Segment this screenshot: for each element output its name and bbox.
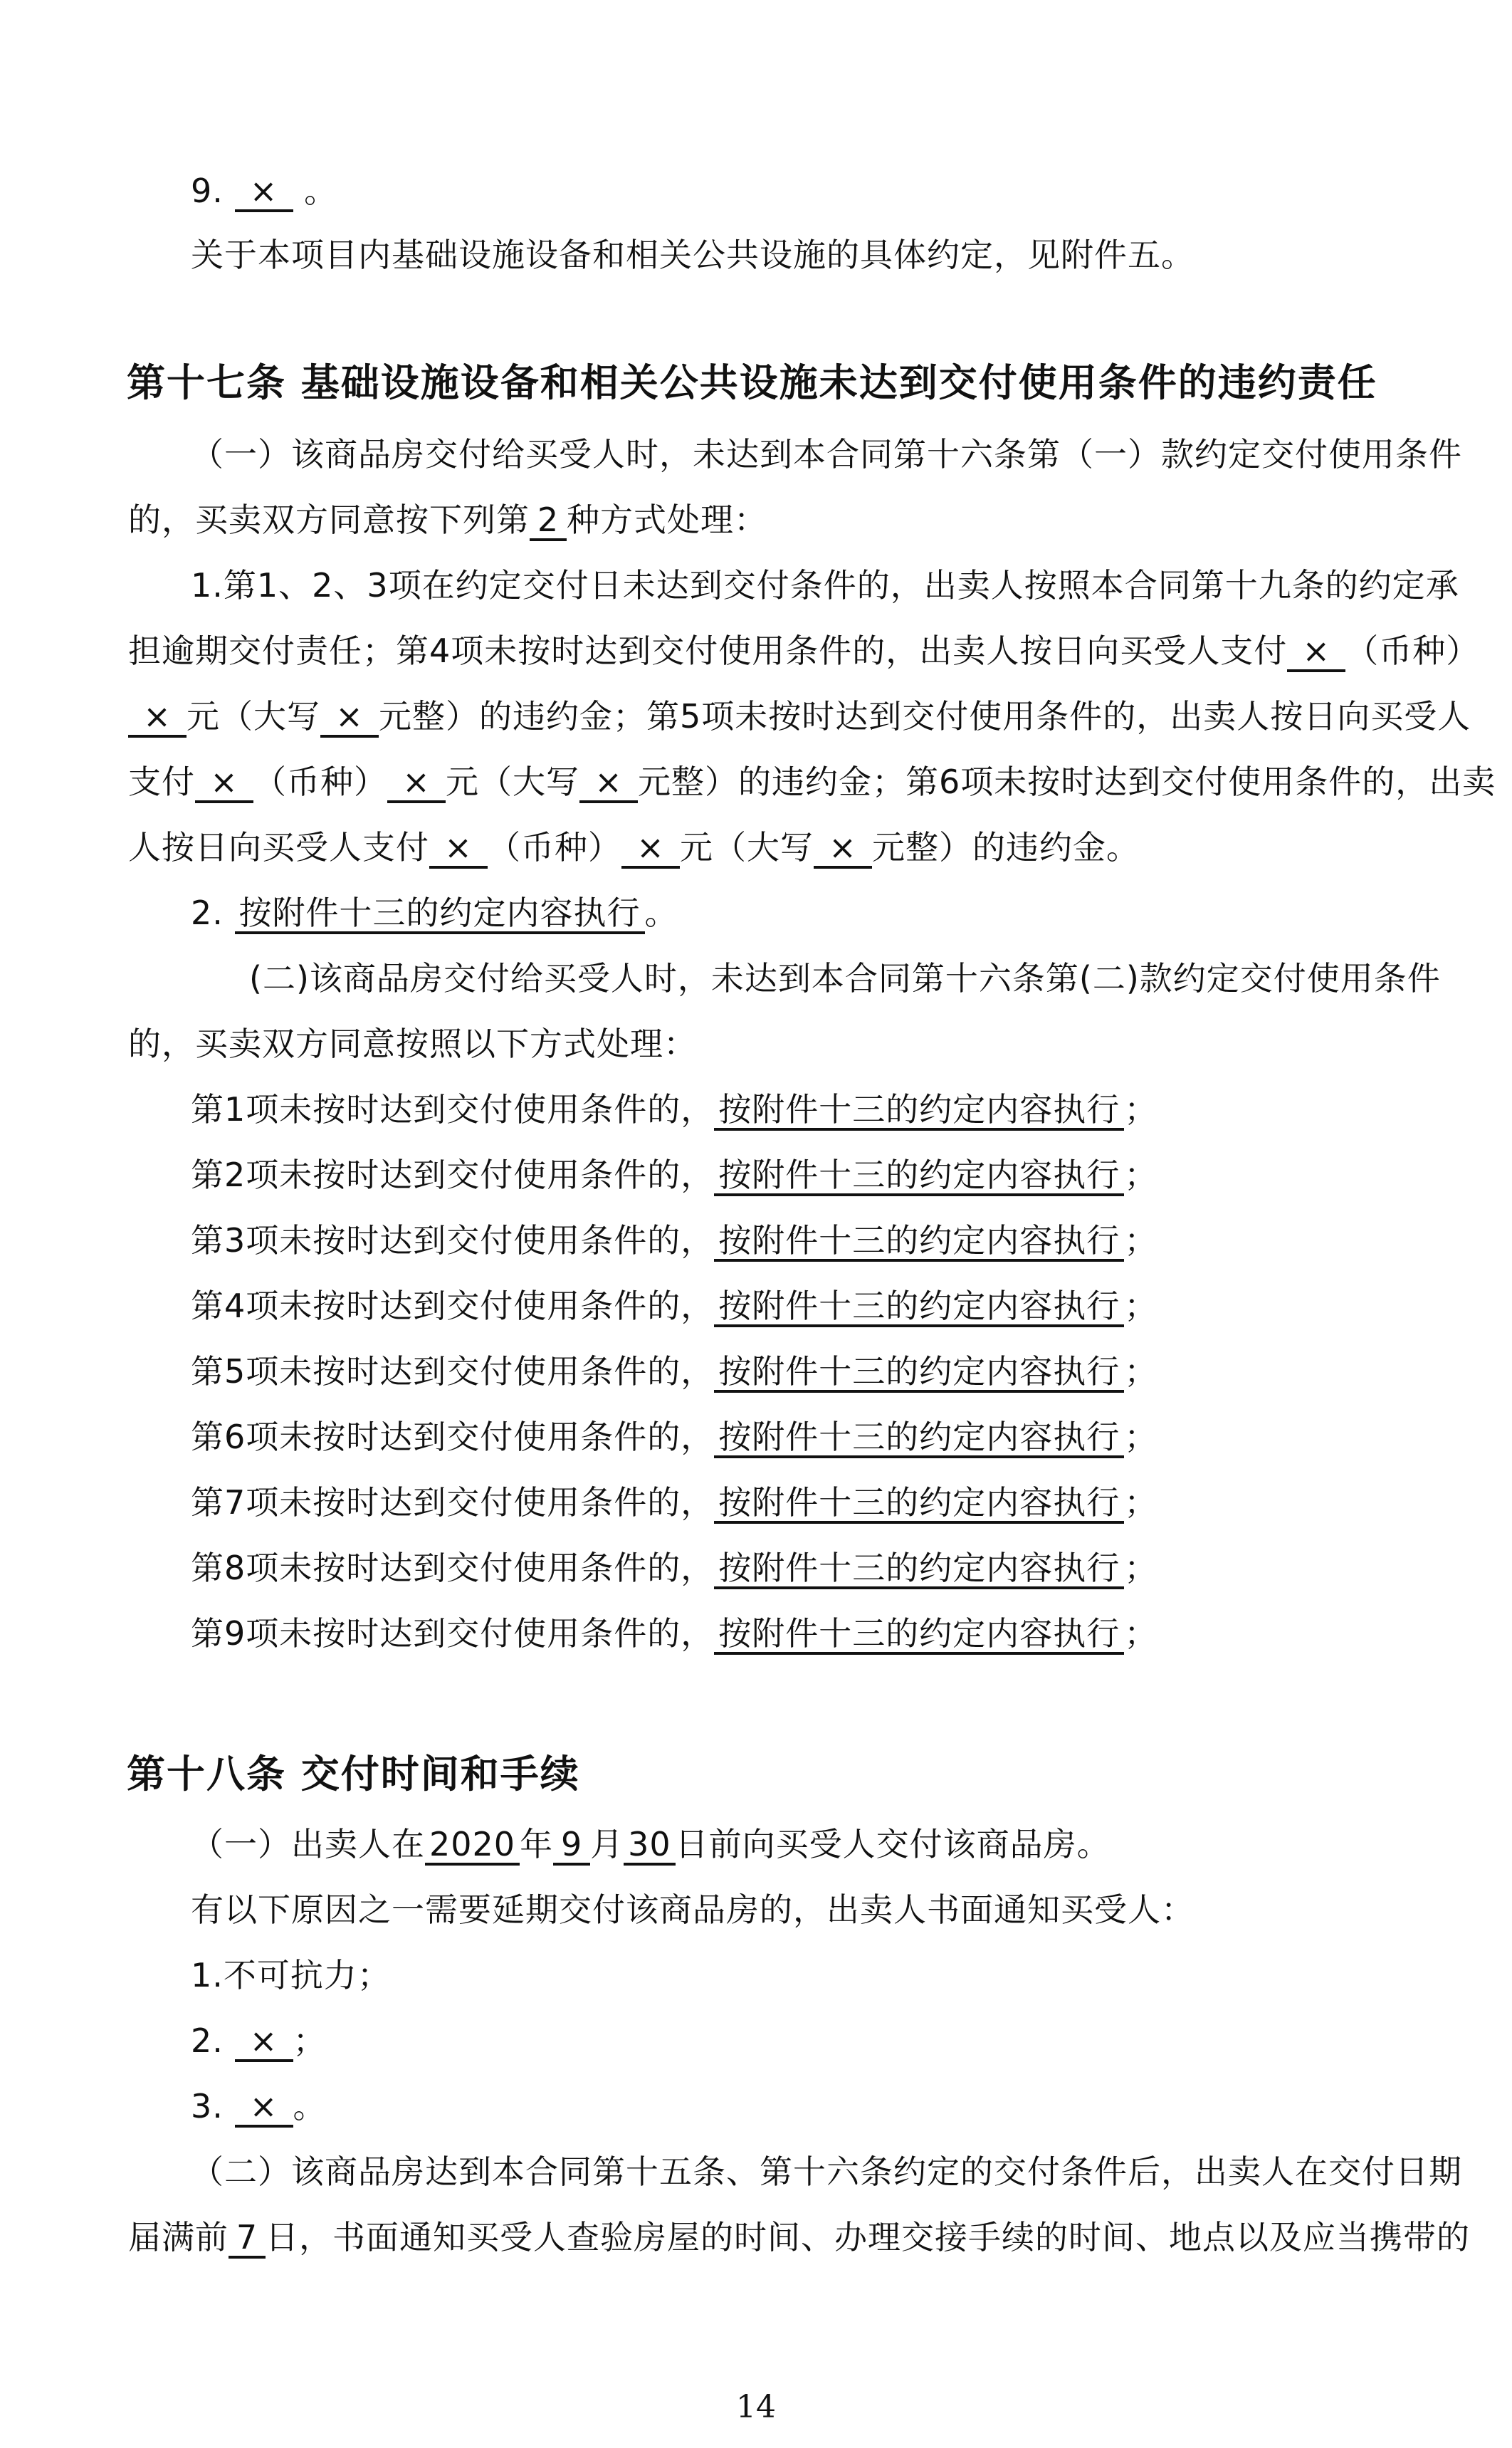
text: 届满前 — [128, 2218, 229, 2256]
day-field: 30 — [624, 1826, 676, 1866]
article-18-title: 第十八条 交付时间和手续 — [127, 1753, 580, 1796]
blank-field: × — [429, 829, 488, 869]
a17-item-row: 第3项未按时达到交付使用条件的，按附件十三的约定内容执行； — [191, 1219, 1157, 1262]
blank-field: 按附件十三的约定内容执行 — [714, 1353, 1124, 1393]
a17-item-row: 第2项未按时达到交付使用条件的，按附件十三的约定内容执行； — [191, 1154, 1157, 1196]
a17-item-row: 第6项未按时达到交付使用条件的，按附件十三的约定内容执行； — [191, 1416, 1157, 1458]
text: 元整）的违约金；第5项未按时达到交付使用条件的，出卖人按日向买受人 — [379, 697, 1471, 736]
blank-field: 按附件十三的约定内容执行 — [714, 1418, 1124, 1458]
blank-field: 按附件十三的约定内容执行 — [714, 1484, 1124, 1524]
item-label: 第2项未按时达到交付使用条件的， — [191, 1156, 714, 1194]
text: 的，买卖双方同意按下列第 — [128, 501, 530, 539]
text: 元（大写 — [680, 828, 814, 867]
text: 支付 — [128, 763, 195, 801]
a17-item-row: 第1项未按时达到交付使用条件的，按附件十三的约定内容执行； — [191, 1088, 1157, 1131]
a18-p1-line: （一）出卖人在2020年9月30日前向买受人交付该商品房。 — [191, 1823, 1111, 1866]
a18-reason-2: 2. ×； — [191, 2019, 327, 2062]
item-label: 第4项未按时达到交付使用条件的， — [191, 1287, 714, 1325]
contract-page: 9. × 。 关于本项目内基础设施设备和相关公共设施的具体约定，见附件五。 第十… — [0, 0, 1512, 2448]
punctuation: ； — [1124, 1221, 1157, 1260]
a17-opt1-line5: 人按日向买受人支付×（币种）×元（大写×元整）的违约金。 — [128, 826, 1140, 869]
a17-opt1-line4: 支付×（币种）×元（大写×元整）的违约金；第6项未按时达到交付使用条件的，出卖 — [128, 760, 1496, 803]
blank-field: × — [128, 698, 187, 738]
item-label: 第3项未按时达到交付使用条件的， — [191, 1221, 714, 1260]
text: 年 — [520, 1825, 553, 1863]
text: （币种） — [253, 763, 387, 801]
item-label: 第1项未按时达到交付使用条件的， — [191, 1090, 714, 1129]
punctuation: 。 — [304, 172, 337, 210]
appendix-note: 关于本项目内基础设施设备和相关公共设施的具体约定，见附件五。 — [191, 234, 1195, 276]
a17-p1-line1: （一）该商品房交付给买受人时，未达到本合同第十六条第（一）款约定交付使用条件 — [191, 433, 1462, 476]
item-number: 2. — [191, 894, 224, 932]
blank-field: 按附件十三的约定内容执行 — [714, 1222, 1124, 1262]
blank-field: × — [235, 2022, 293, 2062]
blank-field: 按附件十三的约定内容执行 — [714, 1549, 1124, 1589]
text: 不可抗力； — [224, 1956, 391, 1994]
item-label: 第5项未按时达到交付使用条件的， — [191, 1352, 714, 1391]
blank-field: 按附件十三的约定内容执行 — [235, 894, 645, 934]
a17-item-row: 第8项未按时达到交付使用条件的，按附件十三的约定内容执行； — [191, 1547, 1157, 1589]
blank-field: 按附件十三的约定内容执行 — [714, 1287, 1124, 1327]
blank-field: 2 — [530, 501, 567, 541]
blank-field: × — [235, 2088, 293, 2128]
item-label: 第6项未按时达到交付使用条件的， — [191, 1418, 714, 1456]
a17-p1-line2: 的，买卖双方同意按下列第2种方式处理： — [128, 498, 767, 541]
text: 日，书面通知买受人查验房屋的时间、办理交接手续的时间、地点以及应当携带的 — [266, 2218, 1470, 2256]
punctuation: ； — [1124, 1287, 1157, 1325]
a17-item-row: 第4项未按时达到交付使用条件的，按附件十三的约定内容执行； — [191, 1285, 1157, 1327]
punctuation: ； — [1124, 1156, 1157, 1194]
a18-delay-intro: 有以下原因之一需要延期交付该商品房的，出卖人书面通知买受人： — [191, 1888, 1195, 1931]
text: 元（大写 — [446, 763, 579, 801]
blank-field: × — [1287, 632, 1345, 672]
a17-opt2-line: 2. 按附件十三的约定内容执行。 — [191, 891, 678, 934]
year-field: 2020 — [425, 1826, 520, 1866]
a17-item-row: 第9项未按时达到交付使用条件的，按附件十三的约定内容执行； — [191, 1612, 1157, 1655]
a17-p2-line1: (二)该商品房交付给买受人时，未达到本合同第十六条第(二)款约定交付使用条件 — [249, 957, 1441, 1000]
item-number: 1. — [191, 1956, 224, 1994]
punctuation: ； — [1124, 1418, 1157, 1456]
text: （币种） — [488, 828, 621, 867]
article-17-title: 第十七条 基础设施设备和相关公共设施未达到交付使用条件的违约责任 — [127, 362, 1377, 404]
item-number: 2. — [191, 2021, 224, 2060]
punctuation: ； — [1124, 1090, 1157, 1129]
item-number: 9. — [191, 172, 224, 210]
blank-field: × — [320, 698, 379, 738]
text: 元整）的违约金；第6项未按时达到交付使用条件的，出卖 — [638, 763, 1496, 801]
blank-field: × — [814, 829, 872, 869]
item-number: 3. — [191, 2087, 224, 2125]
a17-p2-line2: 的，买卖双方同意按照以下方式处理： — [128, 1022, 697, 1065]
punctuation: ； — [1124, 1352, 1157, 1391]
item-label: 第9项未按时达到交付使用条件的， — [191, 1614, 714, 1653]
text: 日前向买受人交付该商品房。 — [676, 1825, 1111, 1863]
page-number: 14 — [0, 2389, 1512, 2425]
item-label: 第7项未按时达到交付使用条件的， — [191, 1483, 714, 1522]
a17-opt1-line3: ×元（大写×元整）的违约金；第5项未按时达到交付使用条件的，出卖人按日向买受人 — [128, 695, 1471, 738]
a18-reason-1: 1.不可抗力； — [191, 1954, 391, 1997]
blank-field: × — [235, 172, 293, 212]
item-label: 第8项未按时达到交付使用条件的， — [191, 1549, 714, 1587]
month-field: 9 — [553, 1826, 590, 1866]
a18-reason-3: 3. ×。 — [191, 2085, 327, 2128]
a18-p2-line1: （二）该商品房达到本合同第十五条、第十六条约定的交付条件后，出卖人在交付日期 — [191, 2150, 1462, 2193]
a18-p2-line2: 届满前7日，书面通知买受人查验房屋的时间、办理交接手续的时间、地点以及应当携带的 — [128, 2216, 1470, 2259]
punctuation: ； — [1124, 1549, 1157, 1587]
text: 元整）的违约金。 — [872, 828, 1140, 867]
text: 种方式处理： — [567, 501, 767, 539]
text: 月 — [590, 1825, 624, 1863]
text: （一）出卖人在 — [191, 1825, 425, 1863]
blank-field: 按附件十三的约定内容执行 — [714, 1156, 1124, 1196]
blank-field: 按附件十三的约定内容执行 — [714, 1615, 1124, 1655]
blank-field: × — [579, 763, 638, 803]
a17-opt1-line2: 担逾期交付责任；第4项未按时达到交付使用条件的，出卖人按日向买受人支付×（币种） — [128, 629, 1479, 672]
text: 人按日向买受人支付 — [128, 828, 429, 867]
blank-field: 按附件十三的约定内容执行 — [714, 1091, 1124, 1131]
punctuation: ； — [1124, 1483, 1157, 1522]
punctuation: 。 — [293, 2087, 327, 2125]
text: 元（大写 — [187, 697, 320, 736]
item-9-line: 9. × 。 — [191, 169, 337, 212]
a17-opt1-line1: 1.第1、2、3项在约定交付日未达到交付条件的，出卖人按照本合同第十九条的约定承 — [191, 564, 1459, 607]
punctuation: ； — [1124, 1614, 1157, 1653]
a17-item-row: 第7项未按时达到交付使用条件的，按附件十三的约定内容执行； — [191, 1481, 1157, 1524]
blank-field: × — [387, 763, 446, 803]
punctuation: 。 — [645, 894, 678, 932]
punctuation: ； — [293, 2021, 327, 2060]
blank-field: × — [621, 829, 680, 869]
days-field: 7 — [229, 2219, 266, 2259]
blank-field: × — [195, 763, 253, 803]
text: （币种） — [1345, 632, 1479, 670]
text: 担逾期交付责任；第4项未按时达到交付使用条件的，出卖人按日向买受人支付 — [128, 632, 1287, 670]
a17-item-row: 第5项未按时达到交付使用条件的，按附件十三的约定内容执行； — [191, 1350, 1157, 1393]
